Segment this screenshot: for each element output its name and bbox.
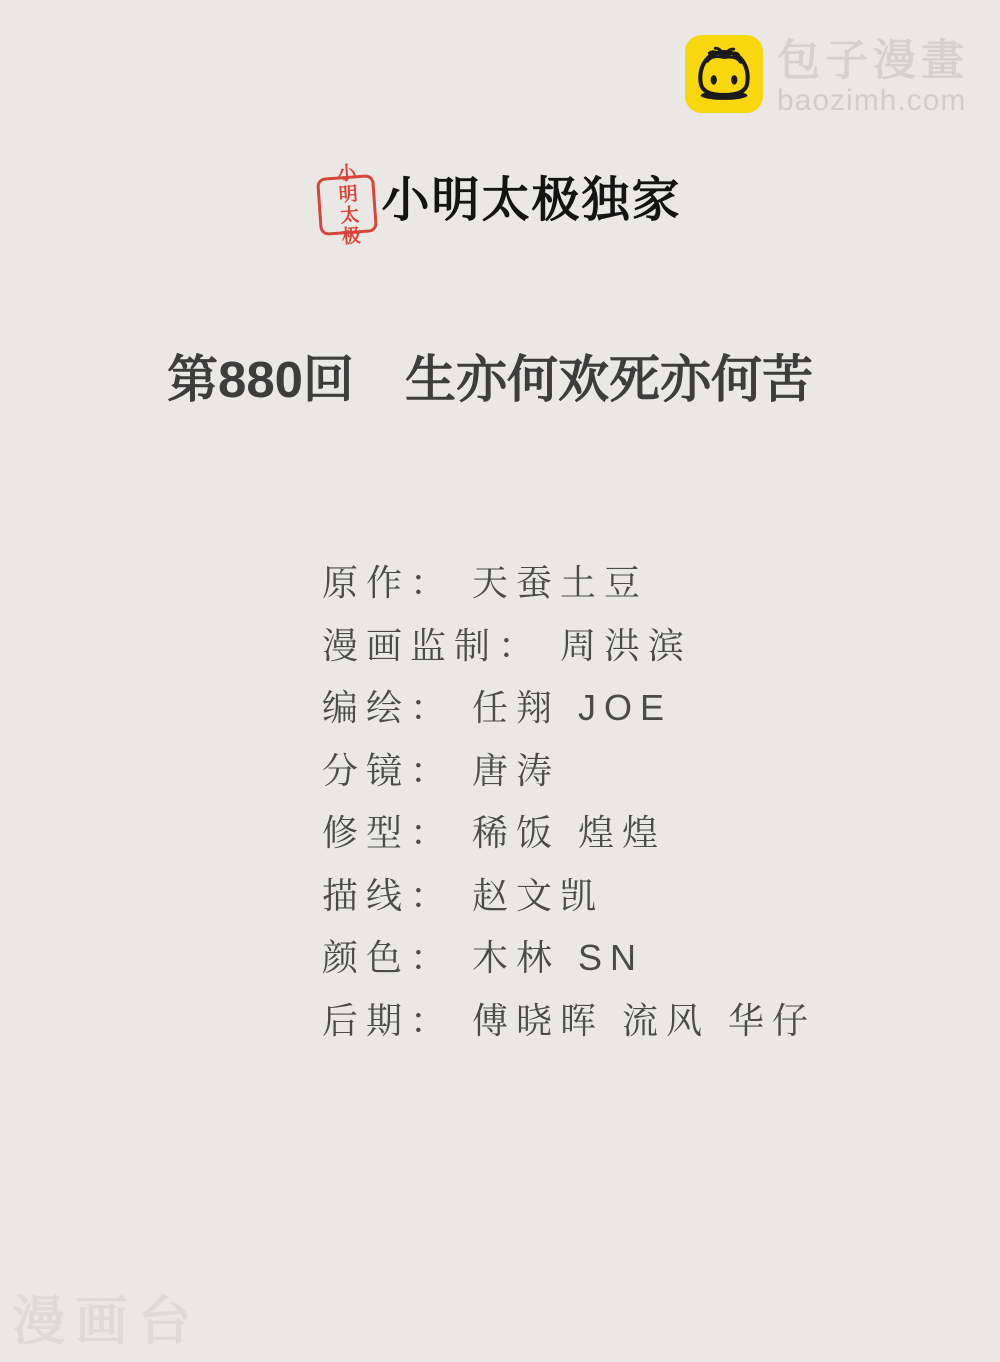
manhuatai-watermark: 漫画台 — [12, 1292, 201, 1352]
credit-line-color: 颜色： 木林 SN — [322, 927, 816, 990]
site-text: 包子漫畫 baozimh.com — [777, 35, 969, 117]
credit-line-supervisor: 漫画监制： 周洪滨 — [322, 615, 816, 678]
site-name: 包子漫畫 — [777, 38, 969, 84]
credit-line-artist: 编绘： 任翔 JOE — [322, 677, 816, 740]
credits-list: 原作： 天蚕土豆 漫画监制： 周洪滨 编绘： 任翔 JOE 分镜： 唐涛 修型：… — [322, 552, 816, 1052]
credit-line-storyboard: 分镜： 唐涛 — [322, 740, 816, 803]
studio-seal: 小明 太极 — [317, 174, 379, 236]
site-logo: 包子漫畫 baozimh.com — [685, 35, 969, 117]
credit-line-retouch: 修型： 稀饭 煌煌 — [322, 802, 816, 865]
site-domain: baozimh.com — [777, 85, 969, 117]
baozi-bun-icon — [685, 35, 763, 113]
chapter-title: 第880回 生亦何欢死亦何苦 — [0, 352, 990, 408]
seal-left-column: 太极 — [335, 204, 363, 248]
comic-title-page: 包子漫畫 baozimh.com 小明 太极 小明太极独家 第880回 生亦何欢… — [0, 0, 1000, 1362]
credit-line-original-author: 原作： 天蚕土豆 — [322, 552, 816, 615]
studio-brand-row: 小明 太极 小明太极独家 — [0, 176, 1000, 234]
credit-line-post-production: 后期： 傅晓晖 流风 华仔 — [322, 990, 816, 1053]
credit-line-inking: 描线： 赵文凯 — [322, 865, 816, 928]
seal-right-column: 小明 — [332, 162, 360, 206]
studio-exclusive-label: 小明太极独家 — [381, 176, 681, 226]
